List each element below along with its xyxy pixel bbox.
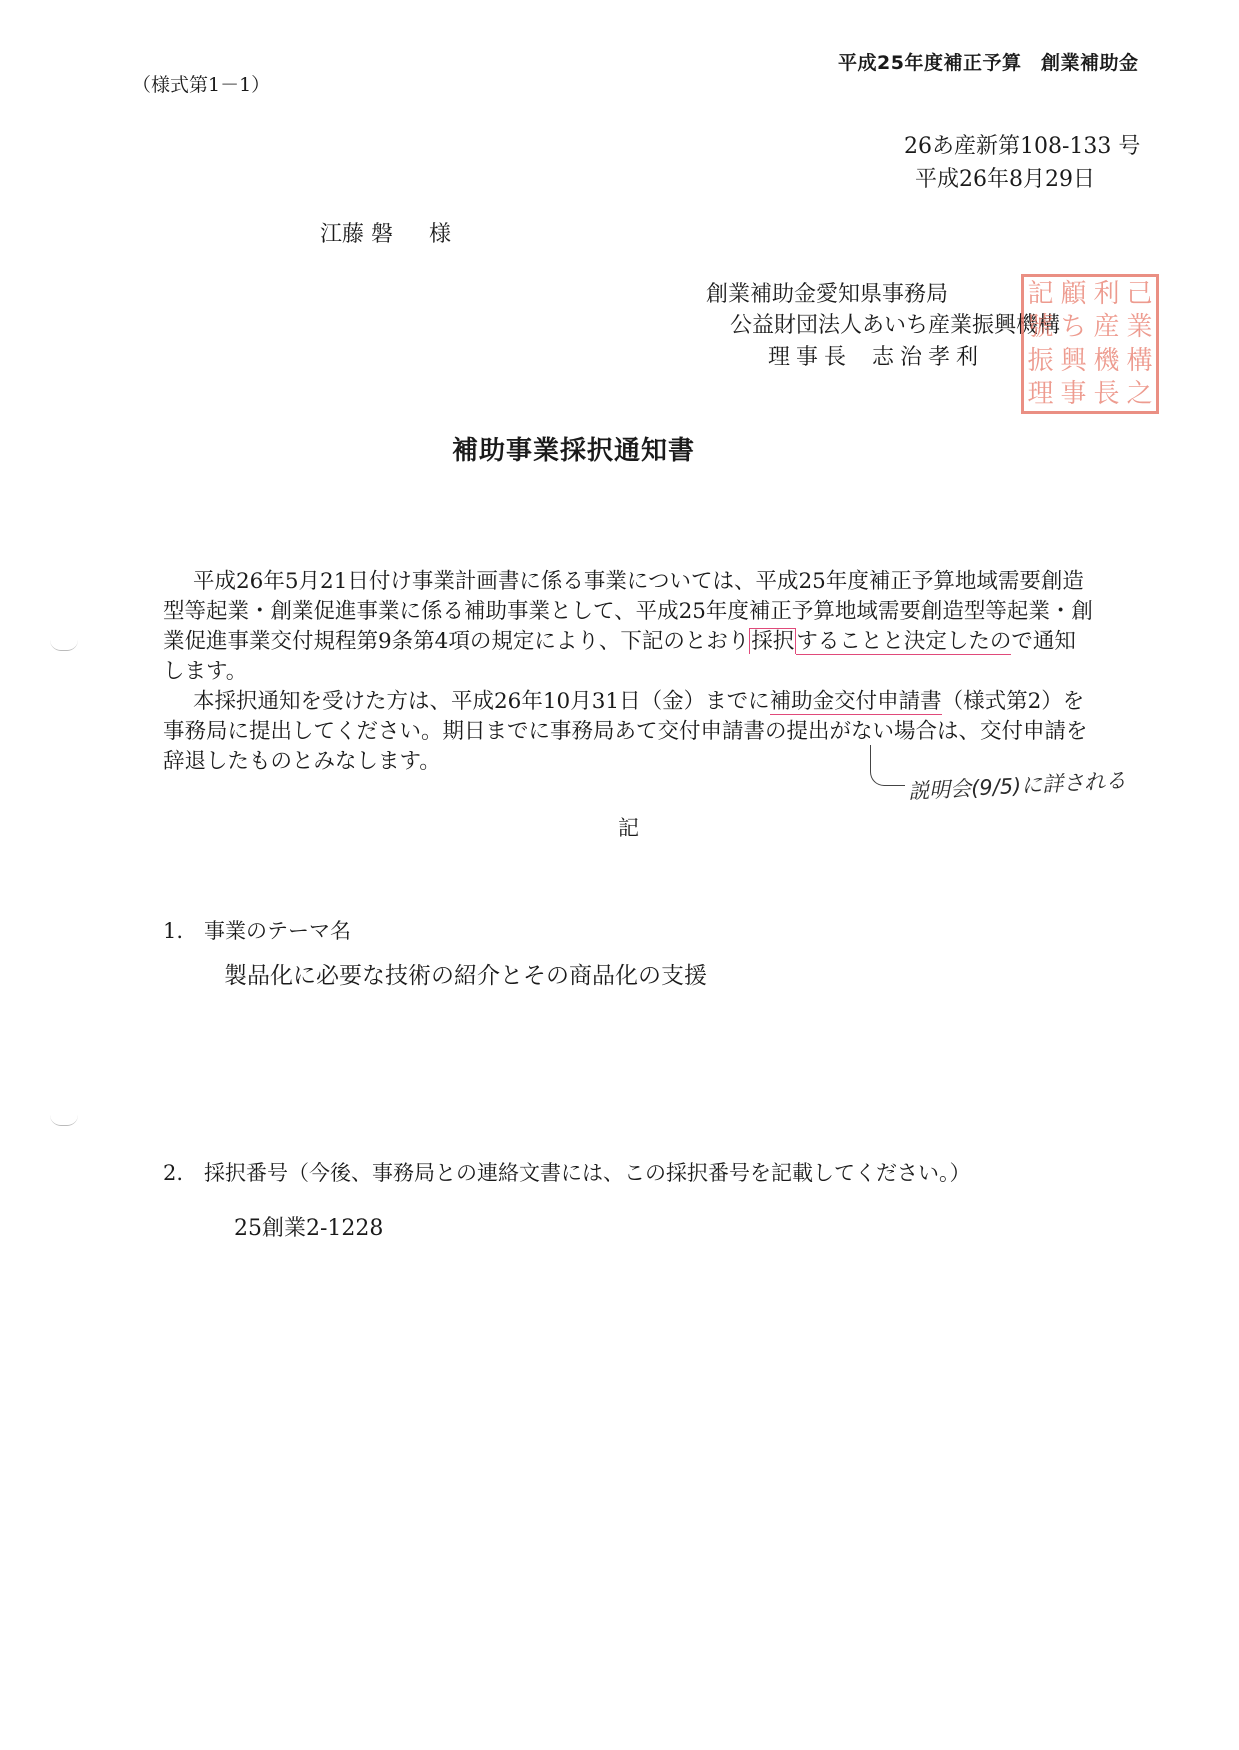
annotation-arrow-icon (870, 745, 905, 786)
underline-mark: することと決定したの (796, 629, 1011, 655)
document-number: 26あ産新第108-133 号 (904, 129, 1140, 160)
section-2-label: 2. 採択番号（今後、事務局との連絡文書には、この採択番号を記載してください。） (163, 1157, 971, 1187)
paragraph-2: 本採択通知を受けた方は、平成26年10月31日（金）までに補助金交付申請書（様式… (163, 687, 1093, 777)
recipient: 江藤 磐様 (320, 217, 451, 248)
sender-title: 理事長 (768, 345, 852, 370)
sender-organization: 公益財団法人あいち産業振興機構 (730, 308, 1060, 339)
punch-hole-mark (50, 640, 78, 651)
notice-body: 平成26年5月21日付け事業計画書に係る事業については、平成25年度補正予算地域… (163, 567, 1093, 777)
document-title: 補助事業採択通知書 (452, 430, 695, 467)
sender-name: 志治孝利 (872, 345, 984, 370)
sender-signatory: 理事長志治孝利 (768, 340, 984, 371)
official-seal-icon: 記顧利己 號ち産業 振興機構 理事長之 (1021, 274, 1159, 414)
highlight-box: 採択 (749, 628, 796, 654)
recipient-name: 江藤 磐 (320, 222, 393, 247)
paragraph-1: 平成26年5月21日付け事業計画書に係る事業については、平成25年度補正予算地域… (163, 567, 1093, 687)
sender-office: 創業補助金愛知県事務局 (706, 277, 948, 308)
section-2-value: 25創業2-1228 (234, 1211, 383, 1242)
ki-heading: 記 (618, 812, 639, 842)
punch-hole-mark (50, 1115, 78, 1126)
form-number: （様式第1－1） (132, 70, 270, 97)
section-1-value: 製品化に必要な技術の紹介とその商品化の支援 (224, 957, 707, 990)
program-name: 平成25年度補正予算 創業補助金 (838, 48, 1138, 75)
recipient-honorific: 様 (429, 222, 451, 247)
underline-mark: 補助金交付申請書 (770, 689, 942, 715)
document-date: 平成26年8月29日 (915, 162, 1095, 193)
section-1-label: 1. 事業のテーマ名 (163, 915, 351, 945)
